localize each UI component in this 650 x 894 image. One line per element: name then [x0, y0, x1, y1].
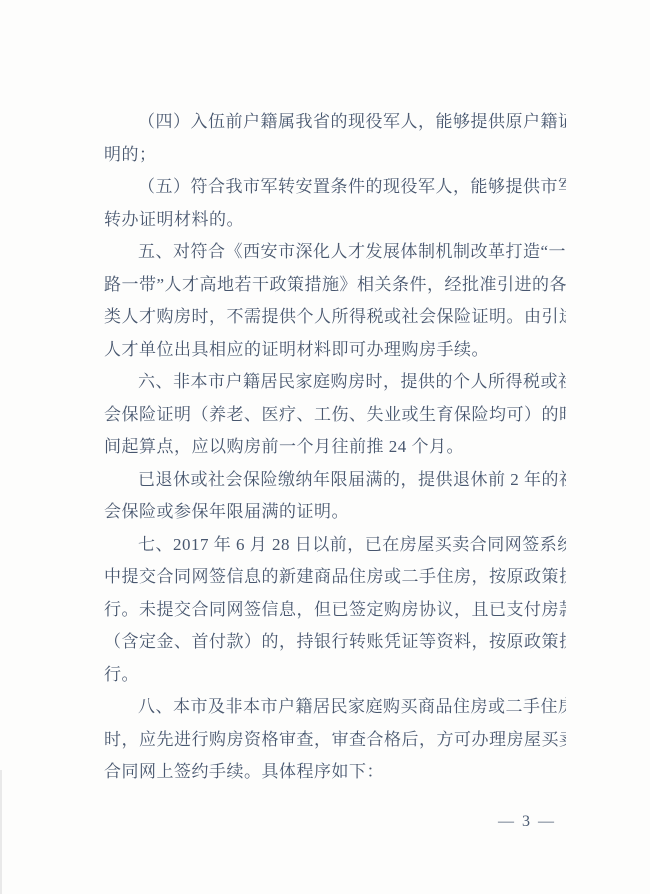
- text-line: 八、本市及非本市户籍居民家庭购买商品住房或二手住房: [104, 691, 566, 724]
- text-line: 六、非本市户籍居民家庭购房时，提供的个人所得税或社: [104, 366, 566, 399]
- text-line: 转办证明材料的。: [104, 204, 566, 237]
- text-line: 路一带”人才高地若干政策措施》相关条件，经批准引进的各: [104, 269, 566, 302]
- text-line: 间起算点，应以购房前一个月往前推 24 个月。: [104, 431, 566, 464]
- text-line: 时，应先进行购房资格审查，审查合格后，方可办理房屋买卖: [104, 724, 566, 757]
- text-line: （五）符合我市军转安置条件的现役军人，能够提供市军: [104, 171, 566, 204]
- page-number: — 3 —: [498, 810, 578, 834]
- text-line: 合同网上签约手续。具体程序如下：: [104, 756, 566, 789]
- text-line: 行。未提交合同网签信息，但已签定购房协议，且已支付房款: [104, 594, 566, 627]
- document-body: （四）入伍前户籍属我省的现役军人，能够提供原户籍证 明的； （五）符合我市军转安…: [104, 106, 566, 789]
- text-line: （含定金、首付款）的，持银行转账凭证等资料，按原政策执: [104, 626, 566, 659]
- text-line: （四）入伍前户籍属我省的现役军人，能够提供原户籍证: [104, 106, 566, 139]
- text-line: 会保险或参保年限届满的证明。: [104, 496, 566, 529]
- text-line: 中提交合同网签信息的新建商品住房或二手住房，按原政策执: [104, 561, 566, 594]
- text-line: 明的；: [104, 139, 566, 172]
- text-line: 人才单位出具相应的证明材料即可办理购房手续。: [104, 334, 566, 367]
- text-line: 已退休或社会保险缴纳年限届满的，提供退休前 2 年的社: [104, 464, 566, 497]
- text-line: 类人才购房时，不需提供个人所得税或社会保险证明。由引进: [104, 301, 566, 334]
- document-page: （四）入伍前户籍属我省的现役军人，能够提供原户籍证 明的； （五）符合我市军转安…: [0, 0, 650, 894]
- text-line: 会保险证明（养老、医疗、工伤、失业或生育保险均可）的时: [104, 399, 566, 432]
- text-line: 五、对符合《西安市深化人才发展体制机制改革打造“一: [104, 236, 566, 269]
- text-line: 七、2017 年 6 月 28 日以前，已在房屋买卖合同网签系统: [104, 529, 566, 562]
- scan-edge-artifact: [0, 770, 2, 894]
- text-line: 行。: [104, 659, 566, 692]
